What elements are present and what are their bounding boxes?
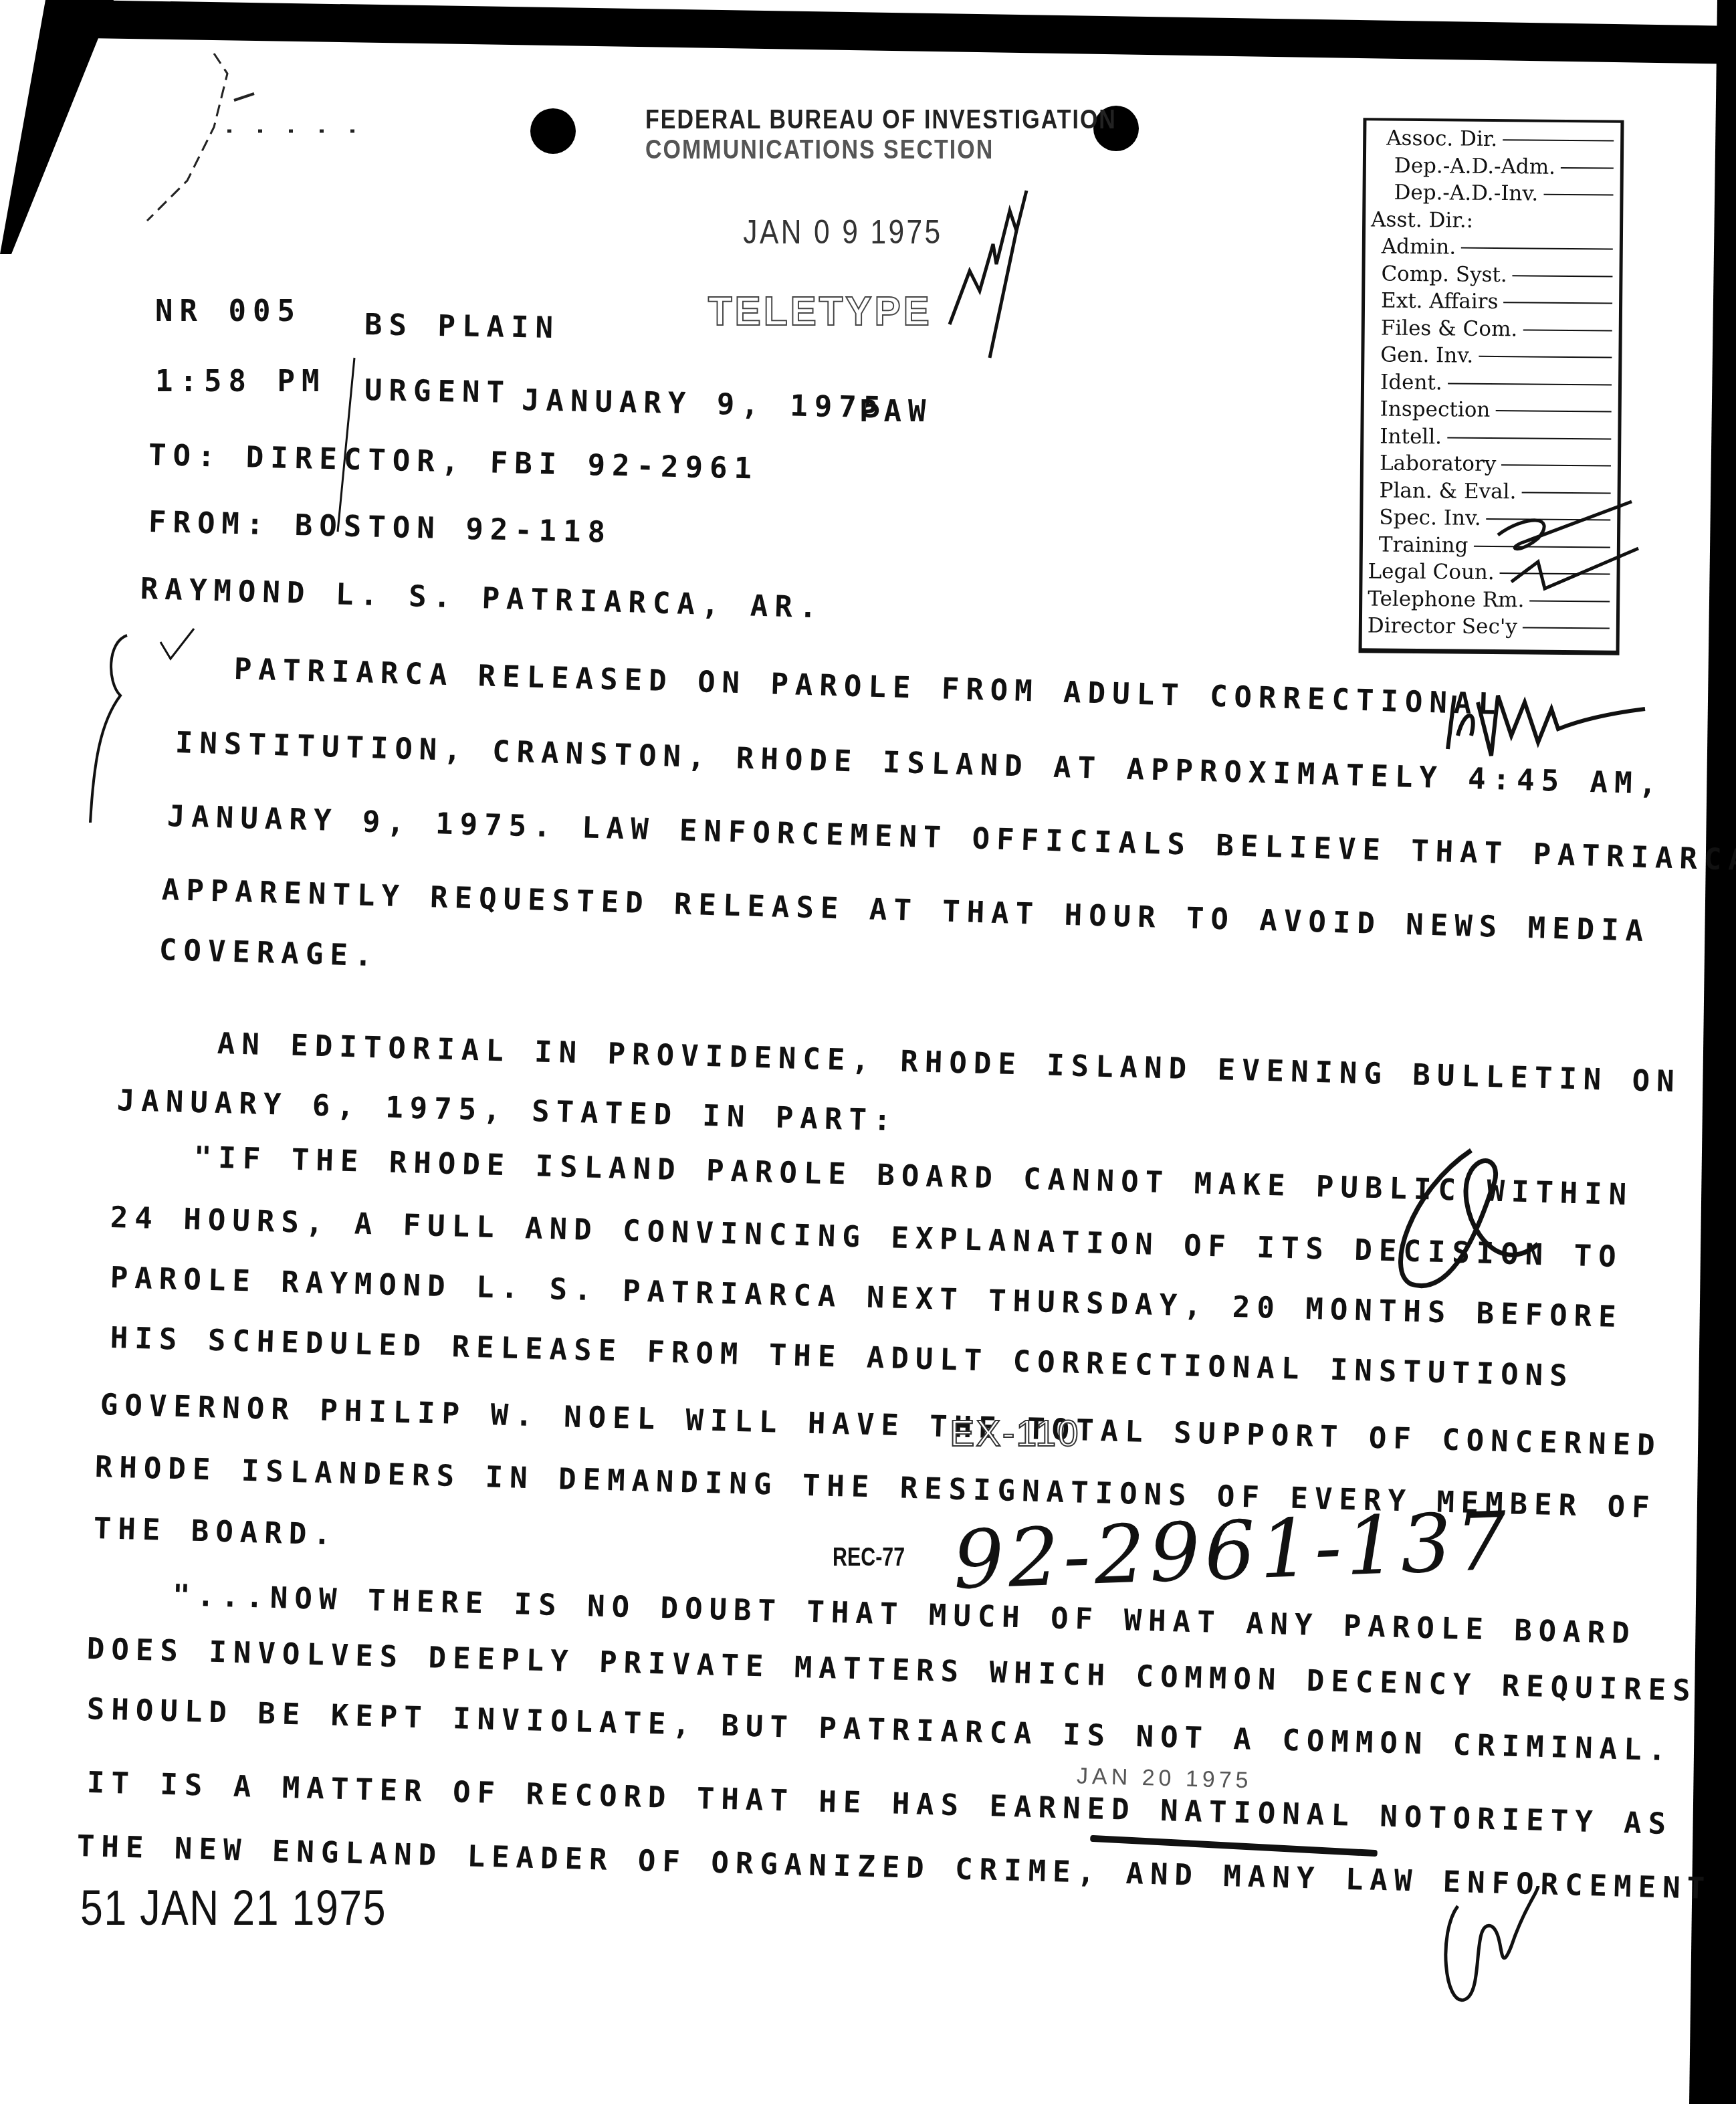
routing-initial-line <box>1447 437 1611 439</box>
routing-item: Admin. <box>1366 233 1620 262</box>
teletype-stamp: TELETYPE <box>708 288 932 335</box>
body-line: JANUARY 9, 1975. LAW ENFORCEMENT OFFICIA… <box>167 799 1736 877</box>
routing-item-label: Ident. <box>1380 369 1442 396</box>
transmission-time: 1:58 PM <box>155 364 326 399</box>
office-designation: BS PLAIN <box>364 308 560 345</box>
routing-item-label: Legal Coun. <box>1368 558 1495 586</box>
routing-initial-line <box>1523 329 1612 331</box>
routing-item-label: Files & Com. <box>1381 314 1518 342</box>
indexed-date-stamp: JAN 20 1975 <box>1077 1764 1253 1794</box>
routing-item-label: Gen. Inv. <box>1380 342 1473 370</box>
punch-hole-icon <box>530 108 576 154</box>
body-line: GOVERNOR PHILIP W. NOEL WILL HAVE THE TO… <box>100 1388 1662 1463</box>
routing-initial-line <box>1523 627 1610 629</box>
dotted-mark-icon <box>227 126 361 138</box>
routing-item-label: Comp. Syst. <box>1381 260 1507 288</box>
routing-item-label: Admin. <box>1382 233 1456 261</box>
body-line: INSTITUTION, CRANSTON, RHODE ISLAND AT A… <box>175 726 1663 801</box>
check-mark-icon <box>1498 488 1645 599</box>
ex-stamp: EX-110 <box>950 1411 1080 1455</box>
priority: URGENT <box>364 373 512 410</box>
routing-item: Dep.-A.D.-Adm. <box>1366 152 1620 181</box>
routing-item-label: Director Sec'y <box>1368 612 1517 640</box>
routing-item-label: Dep.-A.D.-Adm. <box>1394 152 1556 181</box>
filed-date-stamp: 51 JAN 21 1975 <box>80 1879 387 1936</box>
routing-item: Director Sec'y <box>1362 612 1616 641</box>
routing-initial-line <box>1543 194 1613 196</box>
routing-item-label: Intell. <box>1380 423 1442 450</box>
operator-initials: PAW <box>859 395 932 429</box>
underline-mark <box>1090 1835 1378 1857</box>
body-line: PATRIARCA RELEASED ON PAROLE FROM ADULT … <box>233 652 1503 722</box>
routing-item: Files & Com. <box>1365 314 1619 344</box>
body-line: IT IS A MATTER OF RECORD THAT HE HAS EAR… <box>86 1766 1672 1841</box>
initials-signature-icon <box>943 191 1043 368</box>
agency-stamp: FEDERAL BUREAU OF INVESTIGATION <box>645 104 1117 136</box>
body-line: AN EDITORIAL IN PROVIDENCE, RHODE ISLAND… <box>217 1027 1681 1099</box>
routing-initial-line <box>1529 600 1610 602</box>
routing-initial-line <box>1479 356 1612 358</box>
routing-item: Comp. Syst. <box>1365 260 1619 290</box>
record-stamp: REC-77 <box>833 1544 905 1572</box>
message-date: JANUARY 9, 1975 <box>521 383 887 425</box>
body-line: JANUARY 6, 1975, STATED IN PART: <box>116 1083 898 1138</box>
routing-item-label: Dep.-A.D.-Inv. <box>1394 179 1538 207</box>
teletype-document: FEDERAL BUREAU OF INVESTIGATION COMMUNIC… <box>0 0 1736 2104</box>
routing-initial-line <box>1503 139 1614 141</box>
routing-item-label: Spec. Inv. <box>1379 504 1481 532</box>
routing-initial-line <box>1461 247 1613 250</box>
routing-initial-line <box>1503 302 1612 304</box>
routing-initial-line <box>1501 464 1611 466</box>
from-line: FROM: BOSTON 92-118 <box>148 505 612 550</box>
routing-item: Ident. <box>1364 369 1618 398</box>
routing-initial-line <box>1513 275 1613 277</box>
body-line: HIS SCHEDULED RELEASE FROM THE ADULT COR… <box>110 1321 1574 1393</box>
routing-initial-line <box>1561 167 1614 169</box>
routing-item-label: Assoc. Dir. <box>1386 125 1497 153</box>
routing-item-label: Training <box>1379 531 1469 559</box>
body-line: THE BOARD. <box>93 1511 338 1552</box>
routing-item-label: Ext. Affairs <box>1381 288 1499 316</box>
routing-item: Laboratory <box>1364 449 1618 479</box>
routing-item-label: Asst. Dir.: <box>1371 206 1473 234</box>
body-line: COVERAGE. <box>158 933 379 973</box>
handwritten-file-number: 92-2961-137 <box>952 1495 1513 1607</box>
scan-edge-right <box>1689 0 1736 2104</box>
routing-item-label: Inspection <box>1380 396 1491 424</box>
subject-line: RAYMOND L. S. PATRIARCA, AR. <box>140 572 824 625</box>
routing-item: Asst. Dir.: <box>1366 206 1620 235</box>
routing-item: Dep.-A.D.-Inv. <box>1366 179 1620 208</box>
routing-item: Gen. Inv. <box>1364 341 1618 371</box>
routing-item-label: Plan. & Eval. <box>1379 477 1516 505</box>
routing-item-label: Laboratory <box>1380 450 1497 478</box>
section-stamp: COMMUNICATIONS SECTION <box>645 134 994 166</box>
body-line: APPARENTLY REQUESTED RELEASE AT THAT HOU… <box>161 873 1650 948</box>
routing-item: Assoc. Dir. <box>1366 124 1620 154</box>
routing-item: Ext. Affairs <box>1365 287 1619 316</box>
to-line: TO: DIRECTOR, FBI 92-2961 <box>148 438 758 486</box>
body-line: SHOULD BE KEPT INVIOLATE, BUT PATRIARCA … <box>86 1692 1672 1768</box>
routing-item: Inspection <box>1364 395 1618 425</box>
routing-initial-line <box>1495 410 1611 413</box>
message-number: NR 005 <box>155 294 302 328</box>
routing-item: Intell. <box>1364 423 1618 452</box>
routing-initial-line <box>1448 383 1612 385</box>
received-date-stamp: JAN 0 9 1975 <box>743 213 942 251</box>
